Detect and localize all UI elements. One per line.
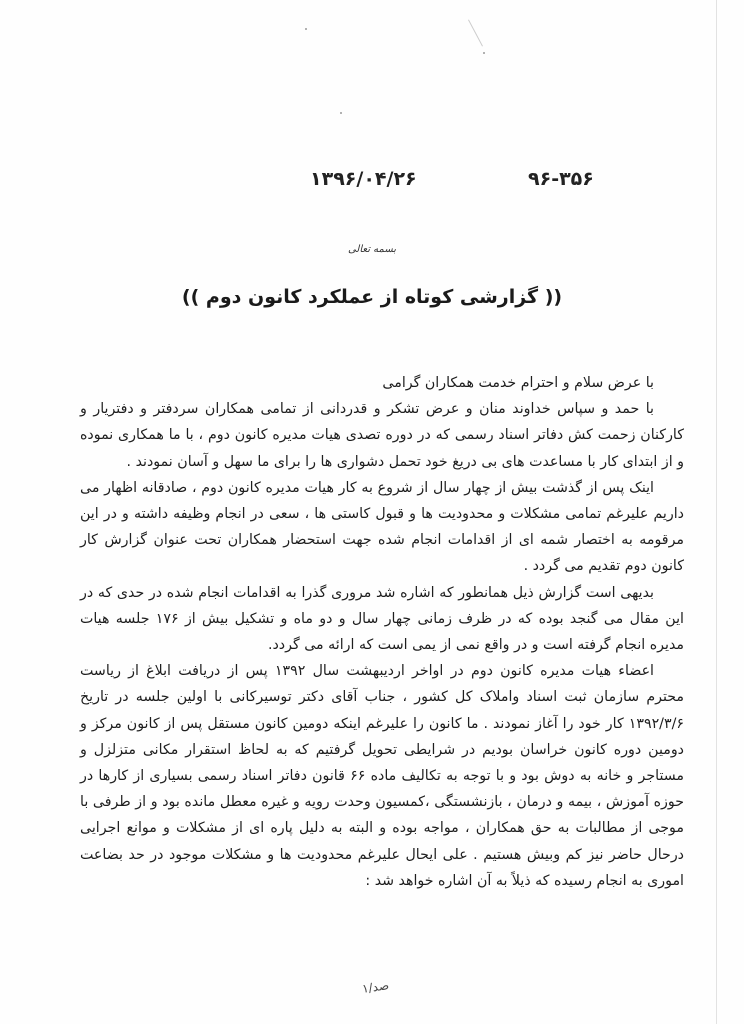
scanned-page: ۱۳۹۶/۰۴/۲۶ ۹۶-۳۵۶ بسمه تعالی (( گزارشی ک… [0, 0, 744, 1024]
scan-artifact [305, 28, 307, 30]
scan-artifact [340, 112, 342, 114]
paragraph: اینک پس از گذشت بیش از چهار سال از شروع … [80, 475, 684, 580]
invocation-header: بسمه تعالی [0, 244, 744, 255]
scan-edge-line [716, 0, 717, 1024]
paragraph: بدیهی است گزارش ذیل همانطور که اشاره شد … [80, 580, 684, 659]
document-date: ۱۳۹۶/۰۴/۲۶ [310, 168, 417, 190]
document-body: با عرض سلام و احترام خدمت همکاران گرامی … [80, 370, 684, 894]
scan-artifact [483, 52, 485, 54]
reference-number: ۹۶-۳۵۶ [528, 168, 594, 190]
document-meta: ۱۳۹۶/۰۴/۲۶ ۹۶-۳۵۶ [300, 168, 600, 198]
handwritten-page-mark: صد/۱ [361, 978, 390, 996]
paragraph: اعضاء هیات مدیره کانون دوم در اواخر اردی… [80, 658, 684, 894]
salutation: با عرض سلام و احترام خدمت همکاران گرامی [80, 370, 684, 396]
document-title: (( گزارشی کوتاه از عملکرد کانون دوم )) [0, 286, 744, 308]
scan-artifact [468, 20, 483, 47]
paragraph: با حمد و سپاس خداوند منان و عرض تشکر و ق… [80, 396, 684, 475]
